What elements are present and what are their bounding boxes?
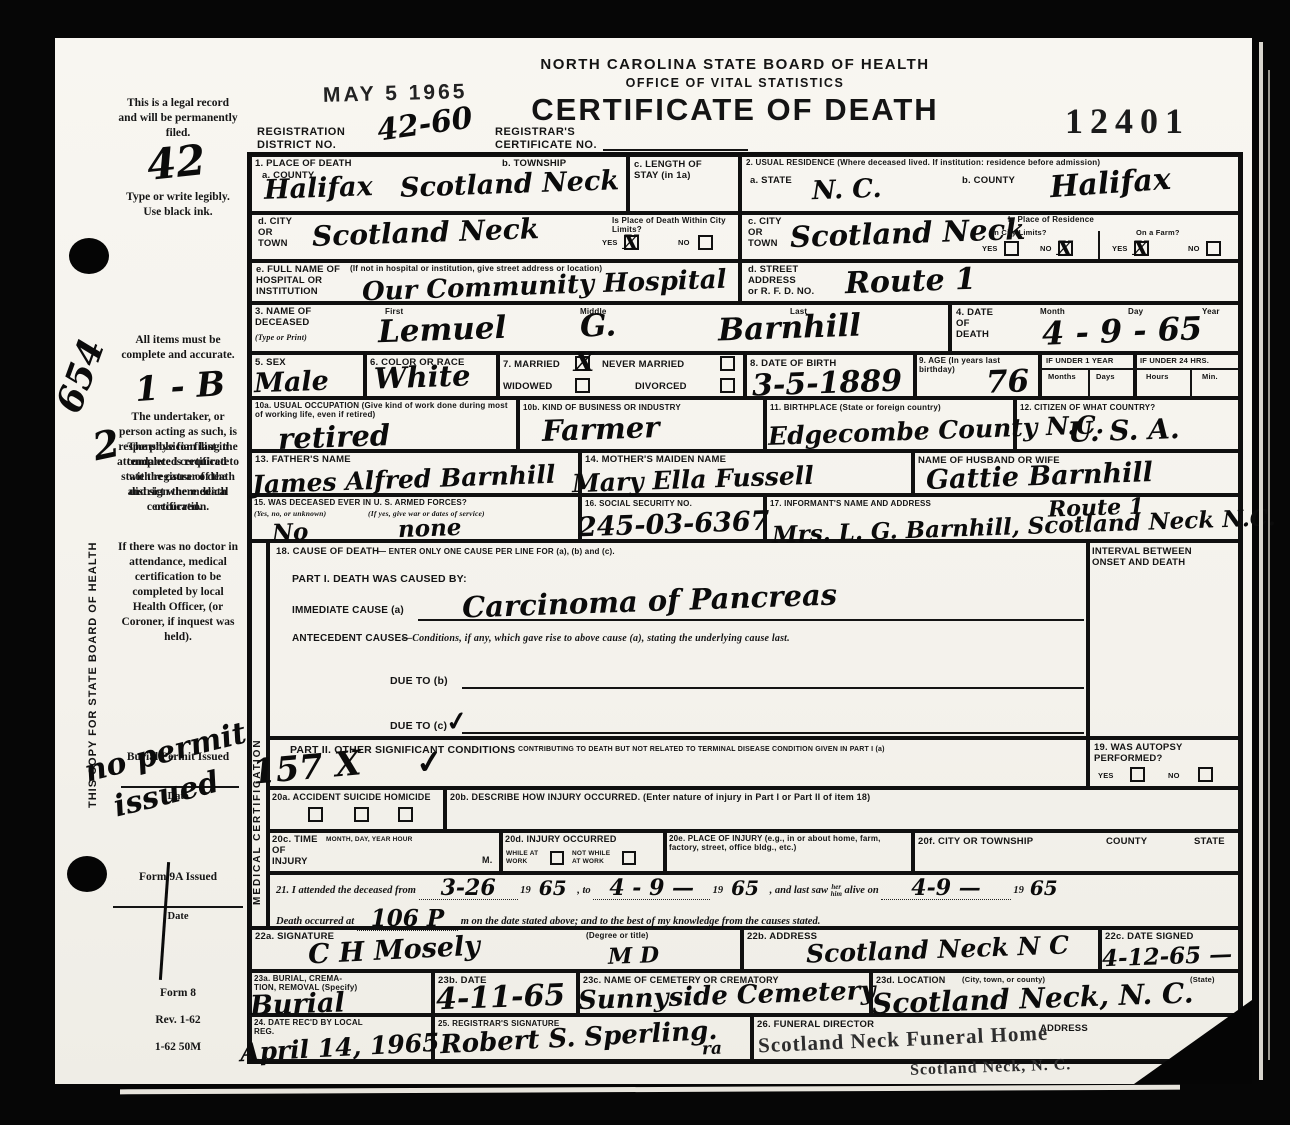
divider-months-days [1088, 368, 1090, 398]
form9a-date-line [113, 906, 243, 908]
year-prefix-2: 19 [713, 885, 724, 896]
date-signed-label: 22c. DATE SIGNED [1105, 931, 1194, 942]
part2-note: CONTRIBUTING TO DEATH BUT NOT RELATED TO… [518, 746, 885, 754]
father-name-label: 13. FATHER'S NAME [255, 454, 351, 465]
hours-label: Hours [1146, 373, 1169, 382]
autopsy-no-checkbox [1198, 767, 1213, 782]
under-24-hrs-label: IF UNDER 24 HRS. [1140, 357, 1209, 366]
date-of-death-label: 4. DATE OF DEATH [956, 307, 993, 341]
residence-city-label: c. CITY OR TOWN [748, 216, 782, 250]
cell-interval-column [1088, 541, 1240, 738]
married-x-mark: X [574, 348, 594, 378]
registration-district-label-2: DISTRICT NO. [257, 139, 336, 152]
cause-of-death-label: 18. CAUSE OF DEATH [276, 546, 379, 557]
in-city-limits-question: In City Limits? [992, 229, 1047, 238]
farm-yes-label: YES [1112, 245, 1128, 254]
due-to-c-check-mark: ✓ [444, 706, 470, 739]
farm-yes-x-mark: X [1133, 236, 1149, 260]
part1-label: PART I. DEATH WAS CAUSED BY: [292, 573, 467, 585]
margin-note-no-doctor: If there was no doctor in attendance, me… [117, 540, 239, 645]
him-label: him [831, 891, 842, 898]
time-of-injury-label: 20c. TIME OF INJURY [272, 834, 318, 868]
county-value: Halifax [264, 173, 374, 204]
attendance-text-4: alive on [845, 885, 879, 896]
scanned-death-certificate: { "marks": { "x": "X", "check": "✓" }, "… [0, 0, 1290, 1125]
place-of-residence-question: Is Place of Residence [1008, 215, 1094, 224]
death-time-value: 106 P [357, 907, 458, 931]
cemetery-location-label: 23d. LOCATION [876, 975, 945, 986]
spouse-name-value: Gattie Barnhill [926, 459, 1154, 494]
attended-to-year: 65 [723, 878, 767, 898]
death-occurred-text-1: Death occurred at [276, 916, 354, 927]
autopsy-no-label: NO [1168, 772, 1180, 781]
print-code-label: 1-62 50M [117, 1040, 239, 1055]
within-city-no-checkbox [698, 235, 713, 250]
attended-to-value: 4 - 9 — [593, 877, 710, 900]
injury-county-label: COUNTY [1106, 836, 1147, 847]
place-of-death-label: 1. PLACE OF DEATH [255, 158, 352, 169]
margin-note-legibly: Type or write legibly. Use black ink. [117, 190, 239, 220]
time-m-label: M. [482, 855, 492, 866]
bottom-edge-sliver [120, 1085, 1180, 1095]
homicide-checkbox [398, 807, 413, 822]
res-city-no-label: NO [1040, 245, 1052, 254]
part2-check-mark: ✓ [414, 742, 445, 783]
immediate-cause-label: IMMEDIATE CAUSE (a) [292, 605, 404, 617]
due-to-b-label: DUE TO (b) [390, 675, 448, 687]
farm-no-checkbox [1206, 241, 1221, 256]
attended-from-year: 65 [531, 878, 575, 898]
res-city-no-checkbox: X [1058, 241, 1073, 256]
accident-suicide-homicide-label: 20a. ACCIDENT SUICIDE HOMICIDE [272, 792, 431, 803]
date-of-death-value: 4 - 9 - 65 [1041, 312, 1202, 350]
sex-value: Male [254, 368, 330, 398]
informant-label: 17. INFORMANT'S NAME AND ADDRESS [770, 499, 931, 508]
attended-from-value: 3-26 [419, 877, 518, 900]
residence-state-value: N. C. [812, 176, 882, 204]
margin-note-complete: All items must be complete and accurate. [117, 333, 239, 363]
last-seen-year: 65 [1024, 878, 1064, 898]
occupation-label: 10a. USUAL OCCUPATION (Give kind of work… [255, 401, 510, 420]
page-edge-line-2 [1268, 70, 1270, 1060]
birthplace-label: 11. BIRTHPLACE (State or foreign country… [770, 403, 1010, 412]
burial-value: Burial [250, 989, 346, 1019]
residence-state-label: a. STATE [750, 175, 792, 186]
last-name-value: Barnhill [718, 311, 862, 347]
certificate-sheet: This is a legal record and will be perma… [55, 38, 1252, 1084]
armed-forces-value: No [272, 520, 309, 544]
res-city-yes-label: YES [982, 245, 998, 254]
injury-state-label: STATE [1194, 836, 1225, 847]
cause-of-death-instruction: — ENTER ONLY ONE CAUSE PER LINE FOR (a),… [378, 547, 615, 556]
within-city-yes-x-mark: X [623, 230, 639, 254]
certificate-number: 12401 [1065, 100, 1190, 142]
autopsy-yes-checkbox [1130, 767, 1145, 782]
registrars-certificate-line [603, 149, 748, 151]
residence-county-value: Halifax [1049, 165, 1172, 203]
margin-note-legal: This is a legal record and will be perma… [117, 96, 239, 141]
hole-punch-top [69, 238, 109, 274]
burial-date-value: 4-11-65 [436, 981, 566, 1015]
min-label: Min. [1202, 373, 1218, 382]
hole-punch-bottom [67, 856, 107, 892]
time-of-injury-sub: MONTH, DAY, YEAR HOUR [326, 836, 413, 844]
autopsy-yes-label: YES [1098, 772, 1114, 781]
war-service-value: none [398, 516, 462, 541]
within-city-yes-checkbox: X [624, 235, 639, 250]
medical-certification-label: MEDICAL CERTIFICATION [252, 575, 263, 905]
attendance-text-2: , to [577, 885, 590, 896]
degree-value: M D [608, 944, 660, 968]
place-of-injury-label: 20e. PLACE OF INJURY (e.g., in or about … [669, 834, 909, 853]
due-to-c-label: DUE TO (c) [390, 720, 447, 732]
ssn-value: 245-03-6367 [578, 508, 770, 542]
handwritten-42: 42 [145, 139, 208, 187]
not-while-at-work-label: NOT WHILE AT WORK [572, 850, 610, 865]
widowed-label: WIDOWED [503, 381, 552, 392]
antecedent-note: —Conditions, if any, which gave rise to … [402, 633, 790, 645]
suicide-checkbox [354, 807, 369, 822]
degree-or-title-label: (Degree or title) [586, 931, 649, 940]
death-occurred-statement: Death occurred at 106 P m on the date st… [276, 905, 1234, 929]
antecedent-label: ANTECEDENT CAUSES [292, 633, 408, 645]
due-to-c-line [462, 732, 1084, 734]
divider-hours-min [1190, 368, 1192, 398]
occupation-value: retired [278, 421, 391, 454]
armed-forces-sub1: (Yes, no, or unknown) [254, 510, 326, 519]
res-city-no-x-mark: X [1057, 236, 1073, 260]
year-prefix-1: 19 [520, 885, 531, 896]
street-address-value: Route 1 [845, 265, 977, 300]
header-board-of-health: NORTH CAROLINA STATE BOARD OF HEALTH [385, 56, 1085, 74]
header-vital-statistics: OFFICE OF VITAL STATISTICS [385, 76, 1085, 91]
last-seen-value: 4-9 — [881, 877, 1010, 900]
within-city-yes-label: YES [602, 239, 618, 248]
divorced-label: DIVORCED [635, 381, 687, 392]
form9a-date-label: Date [117, 910, 239, 924]
industry-value: Farmer [542, 413, 660, 446]
attendance-text-1: 21. I attended the deceased from [276, 885, 416, 896]
autopsy-label: 19. WAS AUTOPSY PERFORMED? [1094, 742, 1183, 764]
months-label: Months [1048, 373, 1076, 382]
registration-district-label-1: REGISTRATION [257, 126, 345, 139]
married-checkbox: X [575, 356, 590, 371]
form8-label: Form 8 [117, 986, 239, 1001]
year-label: Year [1202, 307, 1220, 316]
margin-note-physician: The physician last in attendance is requ… [117, 440, 239, 515]
cell-street-address [740, 261, 1240, 303]
never-married-label: NEVER MARRIED [602, 359, 684, 370]
not-while-at-work-checkbox [622, 851, 636, 865]
mother-name-label: 14. MOTHER'S MAIDEN NAME [585, 454, 726, 465]
due-to-b-line [462, 687, 1084, 689]
attendance-text-3: , and last saw [770, 885, 828, 896]
injury-occurred-label: 20d. INJURY OCCURRED [505, 834, 617, 845]
death-occurred-text-2: m on the date stated above; and to the b… [461, 916, 821, 927]
form-grid: 1. PLACE OF DEATH a. COUNTY Halifax b. T… [247, 152, 1243, 1064]
residence-county-label: b. COUNTY [962, 175, 1015, 186]
armed-forces-label: 15. WAS DECEASED EVER IN U. S. ARMED FOR… [254, 498, 578, 507]
date-signed-value: 4-12-65 — [1102, 943, 1233, 971]
while-at-work-checkbox [550, 851, 564, 865]
within-city-no-label: NO [678, 239, 690, 248]
registrar-note-value: ra [702, 1041, 723, 1059]
date-of-birth-value: 3-5-1889 [752, 366, 903, 401]
first-name-value: Lemuel [377, 313, 506, 348]
farm-no-label: NO [1188, 245, 1200, 254]
type-or-print-label: (Type or Print) [255, 333, 307, 342]
never-married-checkbox [720, 356, 735, 371]
form9a-label: Form 9A Issued [117, 870, 239, 885]
name-of-deceased-label: 3. NAME OF DECEASED [255, 306, 311, 328]
divider-farm [1098, 231, 1100, 259]
part2-value: 157 X [251, 746, 363, 789]
ssn-label: 16. SOCIAL SECURITY NO. [585, 499, 692, 508]
how-injury-occurred-label: 20b. DESCRIBE HOW INJURY OCCURRED. (Ente… [450, 792, 870, 803]
city-of-death-label: d. CITY OR TOWN [258, 216, 292, 250]
handwritten-1b: 1 - B [134, 367, 226, 407]
race-value: White [374, 361, 471, 393]
her-him-stack: her him [831, 884, 842, 898]
hospital-label: e. FULL NAME OF HOSPITAL OR INSTITUTION [256, 264, 340, 298]
city-of-death-value: Scotland Neck [312, 215, 540, 251]
attendance-statement: 21. I attended the deceased from 3-26 19… [276, 875, 1234, 898]
location-state-sub: (State) [1190, 976, 1215, 985]
married-label: 7. MARRIED [503, 359, 560, 370]
farm-yes-checkbox: X [1134, 241, 1149, 256]
registrars-certificate-label-1: REGISTRAR'S [495, 126, 575, 139]
widowed-checkbox [575, 378, 590, 393]
street-address-label: d. STREET ADDRESS or R. F. D. NO. [748, 264, 814, 298]
under-1-year-label: IF UNDER 1 YEAR [1046, 357, 1113, 366]
certificate-title: CERTIFICATE OF DEATH [385, 92, 1085, 129]
page-edge-line-1 [1259, 42, 1263, 1080]
rev-label: Rev. 1-62 [117, 1013, 239, 1028]
res-city-yes-checkbox [1004, 241, 1019, 256]
registrars-certificate-label-2: CERTIFICATE NO. [495, 139, 597, 152]
length-of-stay-label: c. LENGTH OF STAY (in 1a) [634, 159, 702, 181]
middle-name-value: G. [579, 310, 616, 342]
age-value: 76 [985, 366, 1029, 398]
township-value: Scotland Neck [400, 167, 620, 202]
divorced-checkbox [720, 378, 735, 393]
handwritten-654: 654 [51, 335, 111, 418]
divider-under1-header [1040, 368, 1240, 370]
year-prefix-3: 19 [1013, 885, 1024, 896]
interval-header: INTERVAL BETWEEN ONSET AND DEATH [1092, 546, 1238, 568]
days-label: Days [1096, 373, 1115, 382]
accident-checkbox [308, 807, 323, 822]
injury-city-label: 20f. CITY OR TOWNSHIP [918, 836, 1033, 847]
while-at-work-label: WHILE AT WORK [506, 850, 538, 865]
